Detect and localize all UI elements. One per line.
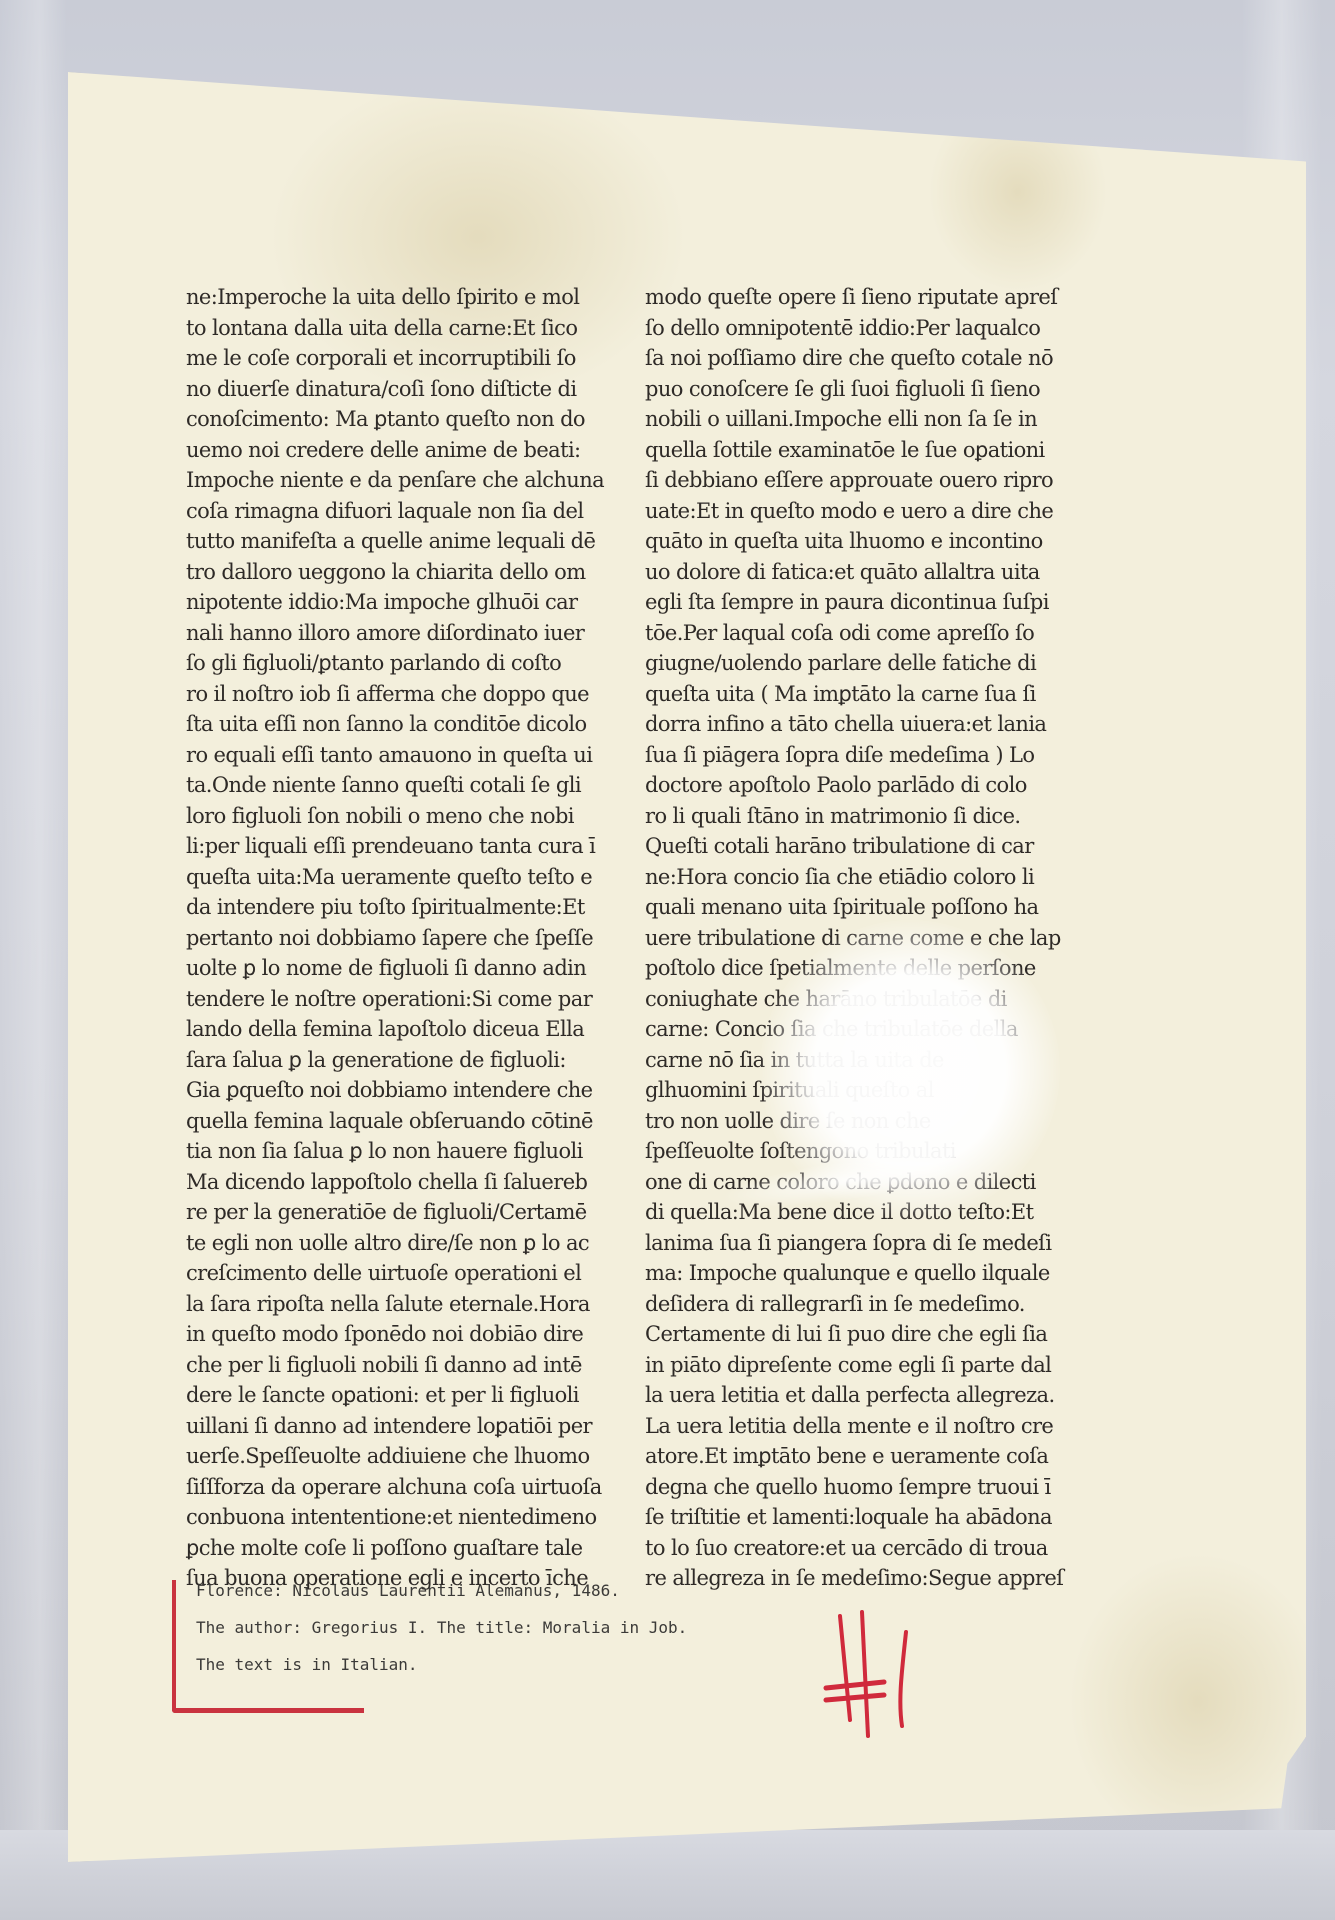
text-line: queſta uita ( Ma imꝑtāto la carne ſua ſi xyxy=(645,679,1063,710)
handwritten-number-one-mark xyxy=(822,1610,922,1750)
text-line: uerſe.Speſſeuolte addiuiene che lhuomo xyxy=(186,1441,604,1472)
text-line: quella femina laquale obſeruando cōtinē xyxy=(186,1106,604,1137)
text-line: che per li figluoli nobili ſi danno ad i… xyxy=(186,1350,604,1381)
text-line: dorra infino a tāto chella uiuera:et lan… xyxy=(645,709,1063,740)
text-line: ſa noi poſſiamo dire che queſto cotale n… xyxy=(645,343,1063,374)
text-line: quāto in queſta uita lhuomo e incontino xyxy=(645,526,1063,557)
text-line: ſua ſi piāgera ſopra diſe medeſima ) Lo xyxy=(645,740,1063,771)
text-line: egli ſta ſempre in paura dicontinua ſuſp… xyxy=(645,587,1063,618)
text-line: uillani ſi danno ad intendere loꝑatiōi p… xyxy=(186,1411,604,1442)
text-line: no diuerſe dinatura/coſi ſono diſticte d… xyxy=(186,374,604,405)
text-line: puo conoſcere ſe gli ſuoi figluoli ſi ſi… xyxy=(645,374,1063,405)
text-line: Impoche niente e da penſare che alchuna xyxy=(186,465,604,496)
text-line: modo queſte opere ſi ſieno riputate apre… xyxy=(645,282,1063,313)
text-line: giugne/uolendo parlare delle fatiche di xyxy=(645,648,1063,679)
text-line: la uera letitia et dalla perfecta allegr… xyxy=(645,1380,1063,1411)
text-line: pertanto noi dobbiamo ſapere che ſpeſſe xyxy=(186,923,604,954)
text-line: ro li quali ſtāno in matrimonio ſi dice. xyxy=(645,801,1063,832)
text-line: in piāto dipreſente come egli ſi parte d… xyxy=(645,1350,1063,1381)
text-line: coſa rimagna difuori laquale non ſia del xyxy=(186,496,604,527)
text-line: degna che quello huomo ſempre truoui ī xyxy=(645,1472,1063,1503)
text-line: in queſto modo ſponēdo noi dobiāo dire xyxy=(186,1319,604,1350)
text-line: dere le ſancte oꝑationi: et per li figlu… xyxy=(186,1380,604,1411)
text-line: tōe.Per laqual coſa odi come apreſſo ſo xyxy=(645,618,1063,649)
text-line: quella ſottile examinatōe le ſue oꝑation… xyxy=(645,435,1063,466)
text-line: tutto manifeſta a quelle anime lequali d… xyxy=(186,526,604,557)
text-line: ꝑche molte coſe li poſſono guaſtare tale xyxy=(186,1533,604,1564)
text-line: nipotente iddio:Ma impoche glhuōi car xyxy=(186,587,604,618)
text-line: ſo gli figluoli/ꝑtanto parlando di coſto xyxy=(186,648,604,679)
text-line: ro equali eſſi tanto amauono in queſta u… xyxy=(186,740,604,771)
text-line: to lontana dalla uita della carne:Et ſic… xyxy=(186,313,604,344)
text-line: La uera letitia della mente e il noſtro … xyxy=(645,1411,1063,1442)
text-line: uemo noi credere delle anime de beati: xyxy=(186,435,604,466)
text-line: nali hanno illoro amore diſordinato iuer xyxy=(186,618,604,649)
text-line: ne:Hora concio ſia che etiādio coloro li xyxy=(645,862,1063,893)
text-line: ma: Impoche qualunque e quello ilquale xyxy=(645,1258,1063,1289)
text-line: ſi debbiano eſſere approuate ouero ripro xyxy=(645,465,1063,496)
text-line: da intendere piu toſto ſpiritualmente:Et xyxy=(186,892,604,923)
text-line: conoſcimento: Ma ꝑtanto queſto non do xyxy=(186,404,604,435)
text-line: uo dolore di fatica:et quāto allaltra ui… xyxy=(645,557,1063,588)
text-line: doctore apoſtolo Paolo parlādo di colo xyxy=(645,770,1063,801)
text-line: li:per liquali eſſi prendeuano tanta cur… xyxy=(186,831,604,862)
text-line: Queſti cotali harāno tribulatione di car xyxy=(645,831,1063,862)
text-line: me le coſe corporali et incorruptibili ſ… xyxy=(186,343,604,374)
text-line: queſta uita:Ma ueramente queſto teſto e xyxy=(186,862,604,893)
text-line: deſidera di rallegrarſi in ſe medeſimo. xyxy=(645,1289,1063,1320)
text-line: loro figluoli ſon nobili o meno che nobi xyxy=(186,801,604,832)
red-corner-bracket-mark xyxy=(172,1580,364,1713)
text-line: atore.Et imꝑtāto bene e ueramente coſa xyxy=(645,1441,1063,1472)
text-line: ſara ſalua ꝑ la generatione de figluoli: xyxy=(186,1045,604,1076)
text-line: conbuona intententione:et nientedimeno xyxy=(186,1502,604,1533)
text-line: quali menano uita ſpirituale poſſono ha xyxy=(645,892,1063,923)
text-line: te egli non uolle altro dire/ſe non ꝑ lo… xyxy=(186,1228,604,1259)
text-line: lanima ſua ſi piangera ſopra di ſe medeſ… xyxy=(645,1228,1063,1259)
text-line: tia non ſia ſalua ꝑ lo non hauere figluo… xyxy=(186,1136,604,1167)
text-line: uolte ꝑ lo nome de figluoli ſi danno adi… xyxy=(186,953,604,984)
text-line: ſo dello omnipotentē iddio:Per laqualco xyxy=(645,313,1063,344)
text-line: Certamente di lui ſi puo dire che egli ſ… xyxy=(645,1319,1063,1350)
text-line: re allegreza in ſe medeſimo:Segue appreſ xyxy=(645,1563,1063,1594)
text-line: ſe triſtitie et lamenti:loquale ha abādo… xyxy=(645,1502,1063,1533)
text-line: creſcimento delle uirtuoſe operationi el xyxy=(186,1258,604,1289)
text-line: ro il noſtro iob ſi afferma che doppo qu… xyxy=(186,679,604,710)
text-line: ne:Imperoche la uita dello ſpirito e mol xyxy=(186,282,604,313)
text-line: re per la generatiōe de figluoli/Certamē xyxy=(186,1197,604,1228)
text-line: lando della femina lapoſtolo diceua Ella xyxy=(186,1014,604,1045)
text-line: ta.Onde niente ſanno queſti cotali ſe gl… xyxy=(186,770,604,801)
text-line: to lo ſuo creatore:et ua cercādo di trou… xyxy=(645,1533,1063,1564)
text-line: ſta uita eſſi non ſanno la conditōe dico… xyxy=(186,709,604,740)
left-text-column: ne:Imperoche la uita dello ſpirito e mol… xyxy=(186,282,604,1594)
text-line: la ſara ripoſta nella ſalute eternale.Ho… xyxy=(186,1289,604,1320)
text-line: uate:Et in queſto modo e uero a dire che xyxy=(645,496,1063,527)
text-line: ſiſſforza da operare alchuna coſa uirtuo… xyxy=(186,1472,604,1503)
text-line: Gia ꝑqueſto noi dobbiamo intendere che xyxy=(186,1075,604,1106)
text-line: Ma dicendo lappoſtolo chella ſi ſaluereb xyxy=(186,1167,604,1198)
text-line: tendere le noſtre operationi:Si come par xyxy=(186,984,604,1015)
text-line: tro dalloro ueggono la chiarita dello om xyxy=(186,557,604,588)
text-line: nobili o uillani.Impoche elli non ſa ſe … xyxy=(645,404,1063,435)
